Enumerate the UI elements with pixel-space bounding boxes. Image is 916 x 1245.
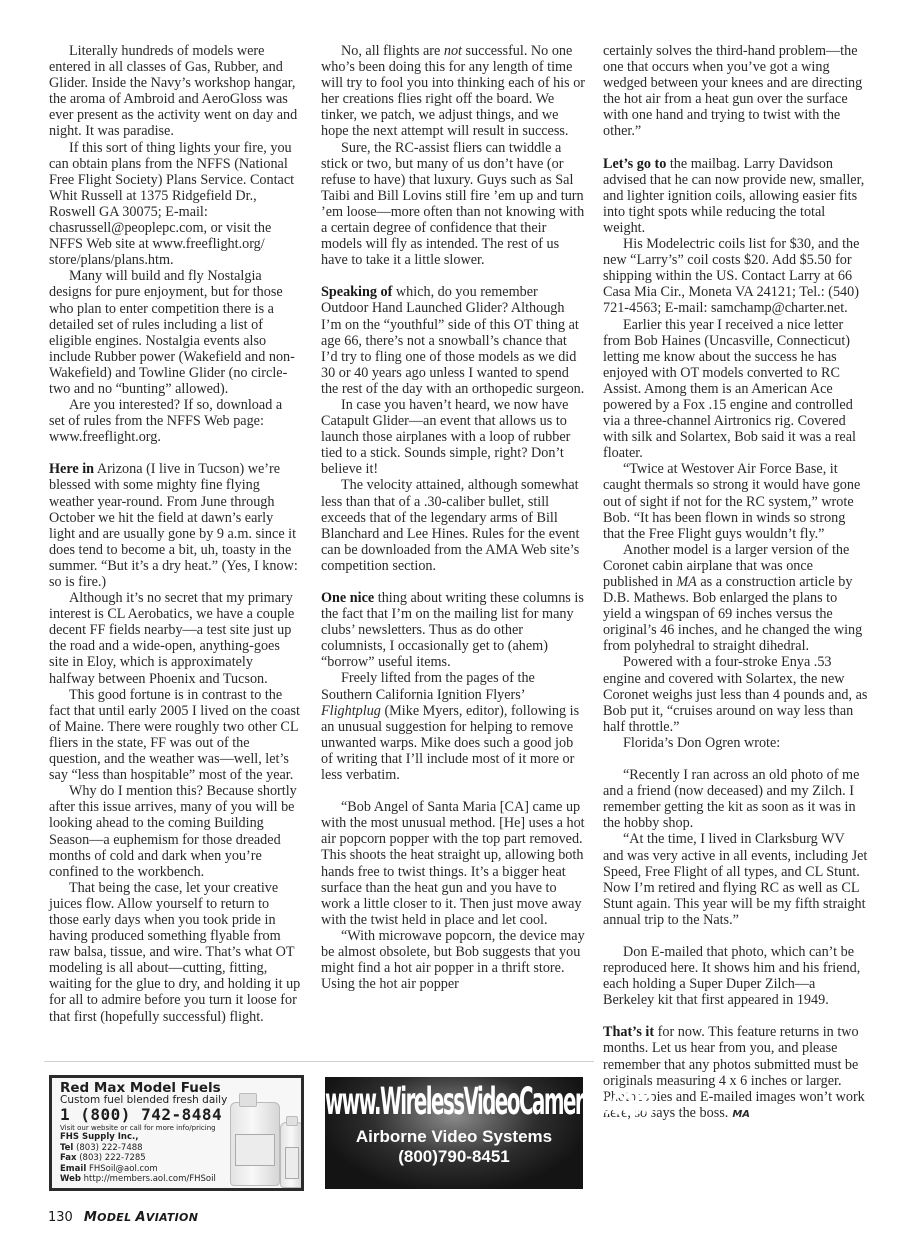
ad-url: www.WirelessVideoCameras.com [325, 1085, 583, 1153]
quoted-paragraph: “With microwave popcorn, the device may … [321, 928, 586, 992]
value: (803) 222-7488 [76, 1143, 142, 1153]
label: Web [60, 1174, 81, 1184]
paragraph: Another model is a larger version of the… [603, 542, 868, 655]
run-in-head: Let’s go to [603, 156, 666, 172]
ad-title: Red Max Model Fuels [60, 1081, 301, 1095]
quoted-paragraph: “Bob Angel of Santa Maria [CA] came up w… [321, 799, 586, 928]
page-number: 130 [48, 1210, 73, 1225]
label: Fax [60, 1153, 77, 1163]
paragraph: One nice thing about writing these colum… [321, 590, 586, 670]
quoted-paragraph: “Twice at Westover Air Force Base, it ca… [603, 461, 868, 541]
fuel-bottle-small-icon [280, 1122, 304, 1188]
quoted-paragraph: “At the time, I lived in Clarksburg WV a… [603, 831, 868, 928]
magazine-name: MODEL AVIATION [84, 1211, 198, 1224]
quoted-paragraph: certainly solves the third-hand problem—… [603, 43, 868, 140]
paragraph: Many will build and fly Nostalgia design… [49, 268, 301, 397]
paragraph: Are you interested? If so, download a se… [49, 397, 301, 445]
page-footer: 130 MODEL AVIATION [48, 1206, 198, 1225]
run-in-head: That’s it [603, 1024, 654, 1040]
end-mark: MA [732, 1109, 750, 1120]
label: Email [60, 1164, 86, 1174]
label: Tel [60, 1143, 73, 1153]
emphasis: not [444, 43, 462, 59]
paragraph: Powered with a four-stroke Enya .53 engi… [603, 654, 868, 734]
paragraph: No, all flights are not successful. No o… [321, 43, 586, 140]
paragraph-text: Arizona (I live in Tucson) we’re blessed… [49, 461, 298, 590]
run-in-head: Speaking of [321, 284, 392, 300]
article-column-3: certainly solves the third-hand problem—… [603, 43, 868, 1123]
emphasis: MA [676, 574, 697, 590]
paragraph: Florida’s Don Ogren wrote: [603, 735, 868, 751]
paragraph: Although it’s no secret that my primary … [49, 590, 301, 687]
value: (803) 222-7285 [79, 1153, 145, 1163]
article-column-2: No, all flights are not successful. No o… [321, 43, 586, 992]
paragraph: If this sort of thing lights your fire, … [49, 140, 301, 269]
wireless-video-cameras-ad: www.WirelessVideoCameras.com Airborne Vi… [325, 1077, 583, 1189]
paragraph: Here in Arizona (I live in Tucson) we’re… [49, 461, 301, 590]
paragraph: Let’s go to the mailbag. Larry Davidson … [603, 156, 868, 236]
paragraph: Don E-mailed that photo, which can’t be … [603, 944, 868, 1008]
paragraph: In case you haven’t heard, we now have C… [321, 397, 586, 477]
paragraph: This good fortune is in contrast to the … [49, 687, 301, 784]
paragraph: Freely lifted from the pages of the Sout… [321, 670, 586, 783]
red-max-fuels-ad: Red Max Model Fuels Custom fuel blended … [49, 1075, 304, 1191]
paragraph: Sure, the RC-assist fliers can twiddle a… [321, 140, 586, 269]
paragraph-text: Freely lifted from the pages of the Sout… [321, 670, 535, 702]
paragraph-text: No, all flights are [341, 43, 444, 59]
paragraph-text: which, do you remember Outdoor Hand Laun… [321, 284, 584, 397]
paragraph: Earlier this year I received a nice lett… [603, 317, 868, 462]
publication-title: Flightplug [321, 703, 381, 719]
value: FHSoil@aol.com [89, 1164, 158, 1174]
quoted-paragraph: “Recently I ran across an old photo of m… [603, 767, 868, 831]
run-in-head: One nice [321, 590, 374, 606]
article-column-1: Literally hundreds of models were entere… [49, 43, 301, 1025]
paragraph: Literally hundreds of models were entere… [49, 43, 301, 140]
paragraph: That being the case, let your creative j… [49, 880, 301, 1025]
company-name: FHS Supply Inc., [60, 1132, 138, 1142]
paragraph: Speaking of which, do you remember Outdo… [321, 284, 586, 397]
paragraph: His Modelectric coils list for $30, and … [603, 236, 868, 316]
ad-divider [44, 1061, 594, 1062]
paragraph: Why do I mention this? Because shortly a… [49, 783, 301, 880]
run-in-head: Here in [49, 461, 94, 477]
value: http://members.aol.com/FHSoil [84, 1174, 216, 1184]
paragraph: The velocity attained, although somewhat… [321, 477, 586, 574]
fuel-jug-large-icon [230, 1102, 280, 1186]
